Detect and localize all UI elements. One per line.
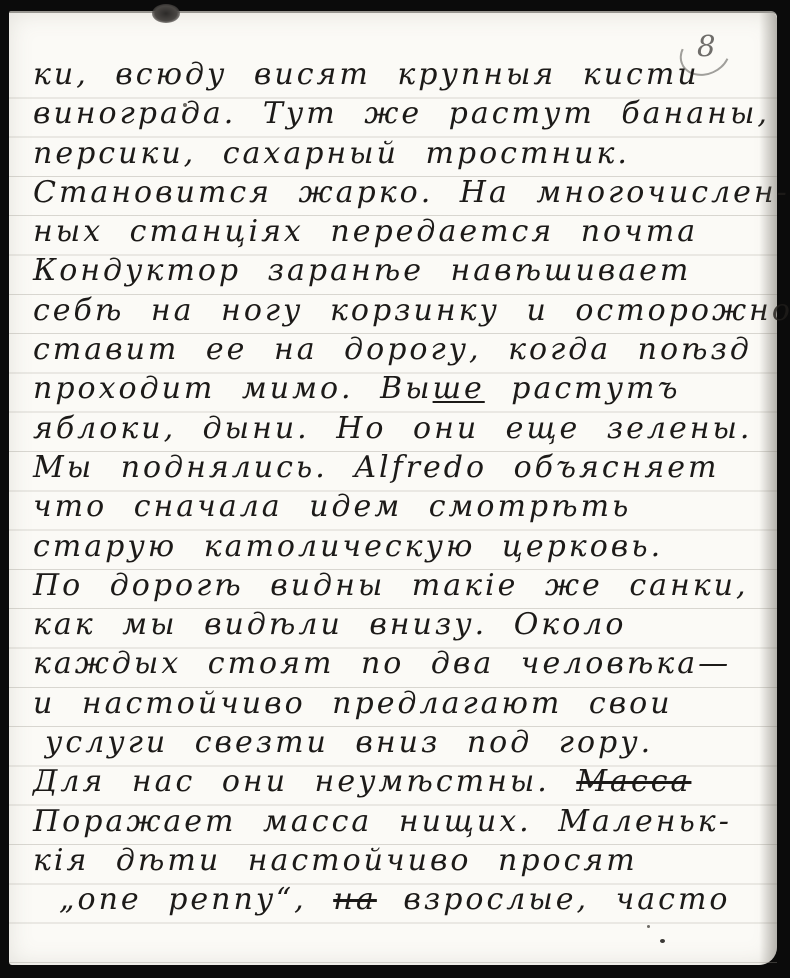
scan-background: 8 ки, всюду висят крупныя кисти виноград… — [0, 0, 790, 978]
manuscript-line: проходит мимо. Выше растутъ — [33, 369, 759, 408]
ink-speck — [660, 939, 665, 943]
manuscript-line: персики, сахарный тростник. — [33, 134, 759, 173]
manuscript-line: Поражает масса нищих. Маленьк- — [33, 802, 759, 841]
line-segment: растутъ — [485, 371, 681, 406]
manuscript-line: как мы видѣли внизу. Около — [33, 605, 759, 644]
manuscript-line: каждых стоят по два человѣка— — [33, 644, 759, 683]
page-edge-shadow — [759, 13, 777, 965]
scan-smudge — [152, 4, 180, 23]
manuscript-line: Для нас они неумѣстны. Масса — [33, 762, 759, 801]
manuscript-line: винограда. Тут же растут бананы, — [33, 94, 759, 133]
manuscript-line: Становится жарко. На многочислен- — [33, 173, 759, 212]
line-segment: „one penny“, — [59, 882, 333, 917]
underlined-segment: ше — [433, 371, 485, 406]
manuscript-line: ставит ее на дорогу, когда поѣзд — [33, 330, 759, 369]
manuscript-line: Кондуктор заранѣе навѣшивает — [33, 251, 759, 290]
struck-segment: на — [333, 882, 377, 917]
line-segment: Для нас они неумѣстны. — [33, 764, 576, 799]
manuscript-line: себѣ на ногу корзинку и осторожно — [33, 291, 759, 330]
manuscript-line: „one penny“, на взрослые, часто — [33, 880, 759, 919]
manuscript-line: По дорогѣ видны такіе же санки, — [33, 566, 759, 605]
manuscript-line: Мы поднялись. Alfredo объясняет — [33, 448, 759, 487]
line-segment: проходит мимо. Вы — [33, 371, 433, 406]
manuscript-line: ных станціях передается почта — [33, 212, 759, 251]
handwritten-text-block: ки, всюду висят крупныя кисти винограда.… — [33, 55, 759, 920]
manuscript-line: и настойчиво предлагают свои — [33, 684, 759, 723]
notebook-page: 8 ки, всюду висят крупныя кисти виноград… — [9, 11, 777, 965]
line-segment: взрослые, часто — [377, 882, 731, 917]
manuscript-line: ки, всюду висят крупныя кисти — [33, 55, 759, 94]
manuscript-line: кія дѣти настойчиво просят — [33, 841, 759, 880]
manuscript-line: старую католическую церковь. — [33, 527, 759, 566]
ink-speck — [183, 103, 187, 107]
struck-segment: Масса — [576, 764, 691, 799]
manuscript-line: что сначала идем смотрѣть — [33, 487, 759, 526]
ink-speck — [647, 925, 650, 928]
manuscript-line: яблоки, дыни. Но они еще зелены. — [33, 409, 759, 448]
manuscript-line: услуги свезти вниз под гору. — [33, 723, 759, 762]
